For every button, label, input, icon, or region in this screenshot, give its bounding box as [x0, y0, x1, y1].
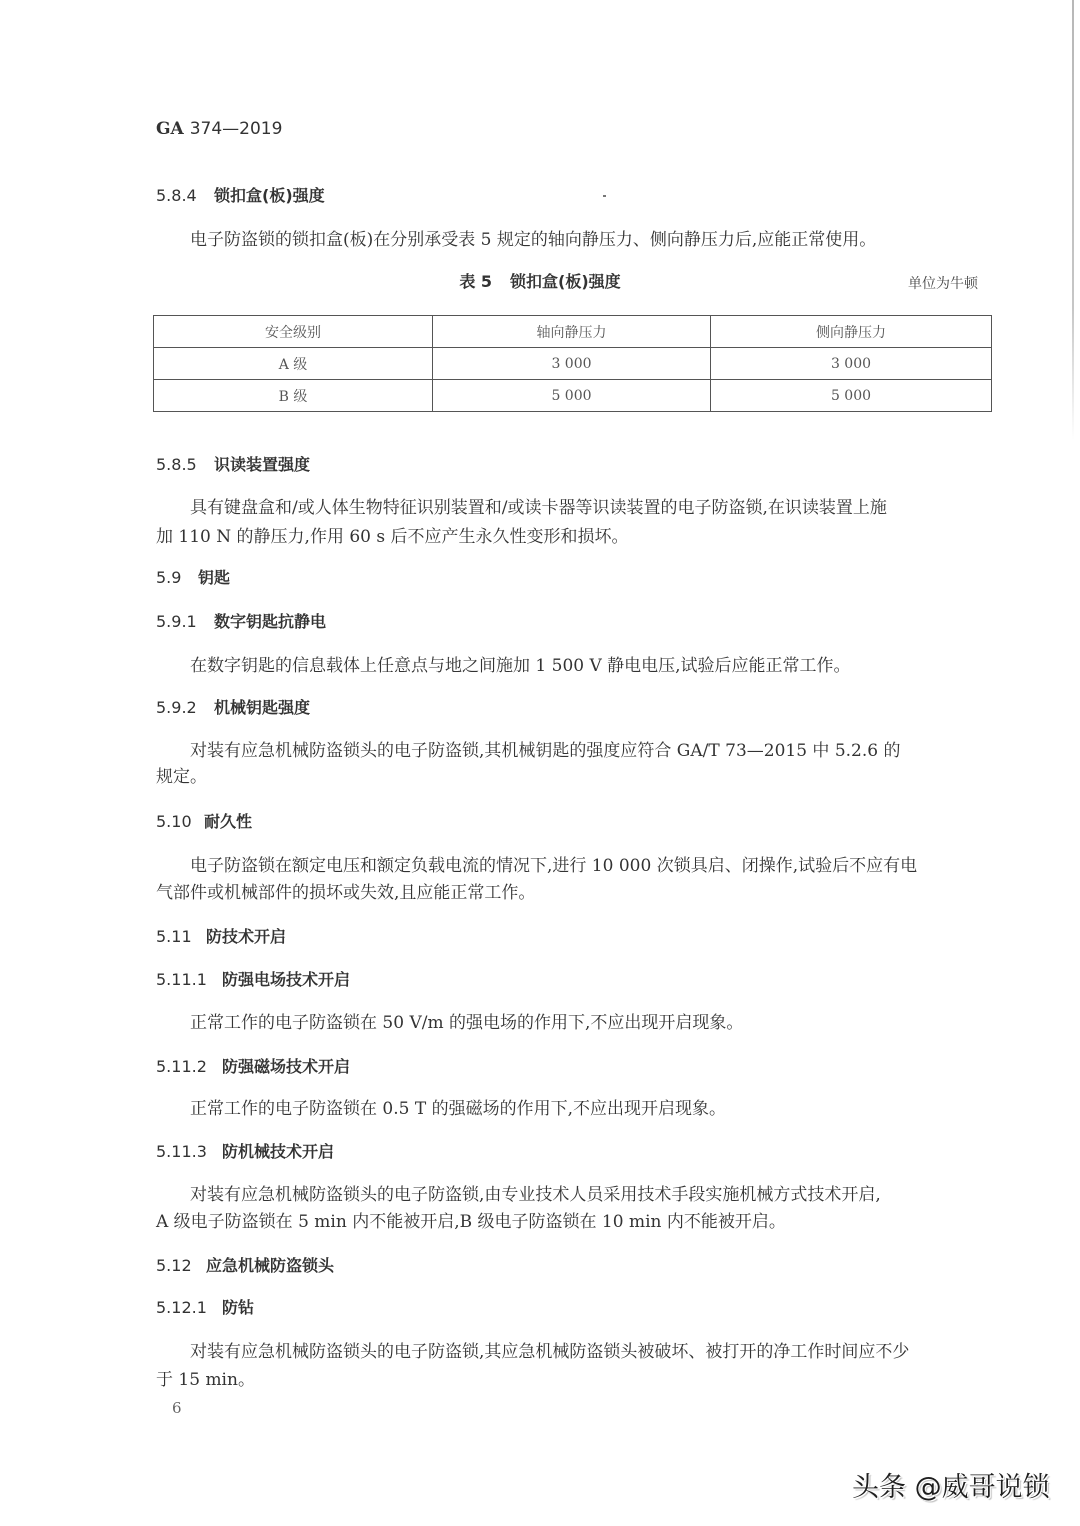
section-heading-5-11: 5.11防技术开启 — [156, 929, 286, 945]
section-heading-5-12-1: 5.12.1防钻 — [156, 1300, 254, 1316]
standard-code: 374—2019 — [190, 119, 283, 139]
paragraph: 正常工作的电子防盗锁在 0.5 T 的强磁场的作用下,不应出现开启现象。 — [190, 1101, 1024, 1118]
paragraph: A 级电子防盗锁在 5 min 内不能被开启,B 级电子防盗锁在 10 min … — [156, 1214, 990, 1231]
section-title: 锁扣盒(板)强度 — [214, 186, 325, 205]
table-title: 锁扣盒(板)强度 — [510, 272, 621, 291]
page-number: 6 — [172, 1401, 182, 1416]
watermark: 头条 @威哥说锁 — [852, 1474, 1050, 1501]
table-cell: 3 000 — [433, 348, 711, 380]
paragraph: 正常工作的电子防盗锁在 50 V/m 的强电场的作用下,不应出现开启现象。 — [190, 1015, 1024, 1032]
section-number: 5.8.5 — [156, 457, 214, 473]
table-cell: B 级 — [154, 380, 433, 412]
table-cell: A 级 — [154, 348, 433, 380]
table-cell: 5 000 — [433, 380, 711, 412]
col-header-security-level: 安全级别 — [154, 316, 433, 348]
section-title: 应急机械防盗锁头 — [206, 1256, 334, 1275]
paragraph: 对装有应急机械防盗锁头的电子防盗锁,其机械钥匙的强度应符合 GA/T 73—20… — [190, 743, 1024, 760]
section-title: 机械钥匙强度 — [214, 698, 310, 717]
scan-page-edge — [1072, 0, 1074, 440]
section-number: 5.11 — [156, 929, 206, 945]
section-title: 防机械技术开启 — [222, 1142, 334, 1161]
section-heading-5-8-5: 5.8.5识读装置强度 — [156, 457, 310, 473]
standard-header: GA374—2019 — [156, 121, 282, 138]
section-number: 5.8.4 — [156, 188, 214, 204]
section-title: 钥匙 — [198, 568, 230, 587]
paragraph: 对装有应急机械防盗锁头的电子防盗锁,由专业技术人员采用技术手段实施机械方式技术开… — [190, 1187, 1024, 1204]
section-heading-5-9: 5.9钥匙 — [156, 570, 230, 586]
section-heading-5-10: 5.10耐久性 — [156, 814, 252, 830]
table-unit: 单位为牛顿 — [908, 277, 978, 291]
section-heading-5-11-2: 5.11.2防强磁场技术开启 — [156, 1059, 350, 1075]
table-row: A 级 3 000 3 000 — [154, 348, 992, 380]
table-cell: 3 000 — [711, 348, 992, 380]
section-number: 5.9.2 — [156, 700, 214, 716]
section-number: 5.12.1 — [156, 1300, 222, 1316]
section-title: 防强电场技术开启 — [222, 970, 350, 989]
section-title: 防钻 — [222, 1298, 254, 1317]
section-heading-5-9-1: 5.9.1数字钥匙抗静电 — [156, 614, 326, 630]
paragraph: 具有键盘盒和/或人体生物特征识别装置和/或读卡器等识读装置的电子防盗锁,在识读装… — [190, 500, 1024, 517]
scan-speck — [603, 195, 606, 197]
table-5-strike-box-strength: 安全级别 轴向静压力 侧向静压力 A 级 3 000 3 000 B 级 5 0… — [153, 315, 992, 412]
table-cell: 5 000 — [711, 380, 992, 412]
section-number: 5.10 — [156, 814, 204, 830]
table-label: 表 5 — [459, 272, 492, 291]
standard-prefix: GA — [156, 119, 184, 139]
paragraph: 规定。 — [156, 769, 990, 786]
table-header-row: 安全级别 轴向静压力 侧向静压力 — [154, 316, 992, 348]
section-title: 耐久性 — [204, 812, 252, 831]
section-number: 5.11.3 — [156, 1144, 222, 1160]
section-heading-5-12: 5.12应急机械防盗锁头 — [156, 1258, 334, 1274]
paragraph: 加 110 N 的静压力,作用 60 s 后不应产生永久性变形和损坏。 — [156, 529, 990, 546]
paragraph: 于 15 min。 — [156, 1372, 990, 1389]
section-title: 识读装置强度 — [214, 455, 310, 474]
section-number: 5.9.1 — [156, 614, 214, 630]
table-row: B 级 5 000 5 000 — [154, 380, 992, 412]
section-heading-5-11-3: 5.11.3防机械技术开启 — [156, 1144, 334, 1160]
paragraph: 气部件或机械部件的损坏或失效,且应能正常工作。 — [156, 885, 990, 902]
section-heading-5-9-2: 5.9.2机械钥匙强度 — [156, 700, 310, 716]
section-number: 5.11.2 — [156, 1059, 222, 1075]
section-heading-5-8-4: 5.8.4锁扣盒(板)强度 — [156, 188, 325, 204]
section-number: 5.12 — [156, 1258, 206, 1274]
section-title: 防强磁场技术开启 — [222, 1057, 350, 1076]
paragraph: 在数字钥匙的信息载体上任意点与地之间施加 1 500 V 静电电压,试验后应能正… — [190, 658, 1024, 675]
section-number: 5.9 — [156, 570, 198, 586]
col-header-axial-static-pressure: 轴向静压力 — [433, 316, 711, 348]
paragraph: 对装有应急机械防盗锁头的电子防盗锁,其应急机械防盗锁头被破坏、被打开的净工作时间… — [190, 1344, 1024, 1361]
section-title: 数字钥匙抗静电 — [214, 612, 326, 631]
paragraph: 电子防盗锁在额定电压和额定负载电流的情况下,进行 10 000 次锁具启、闭操作… — [190, 858, 1024, 875]
section-number: 5.11.1 — [156, 972, 222, 988]
section-heading-5-11-1: 5.11.1防强电场技术开启 — [156, 972, 350, 988]
section-title: 防技术开启 — [206, 927, 286, 946]
paragraph: 电子防盗锁的锁扣盒(板)在分别承受表 5 规定的轴向静压力、侧向静压力后,应能正… — [190, 232, 1024, 249]
col-header-lateral-static-pressure: 侧向静压力 — [711, 316, 992, 348]
